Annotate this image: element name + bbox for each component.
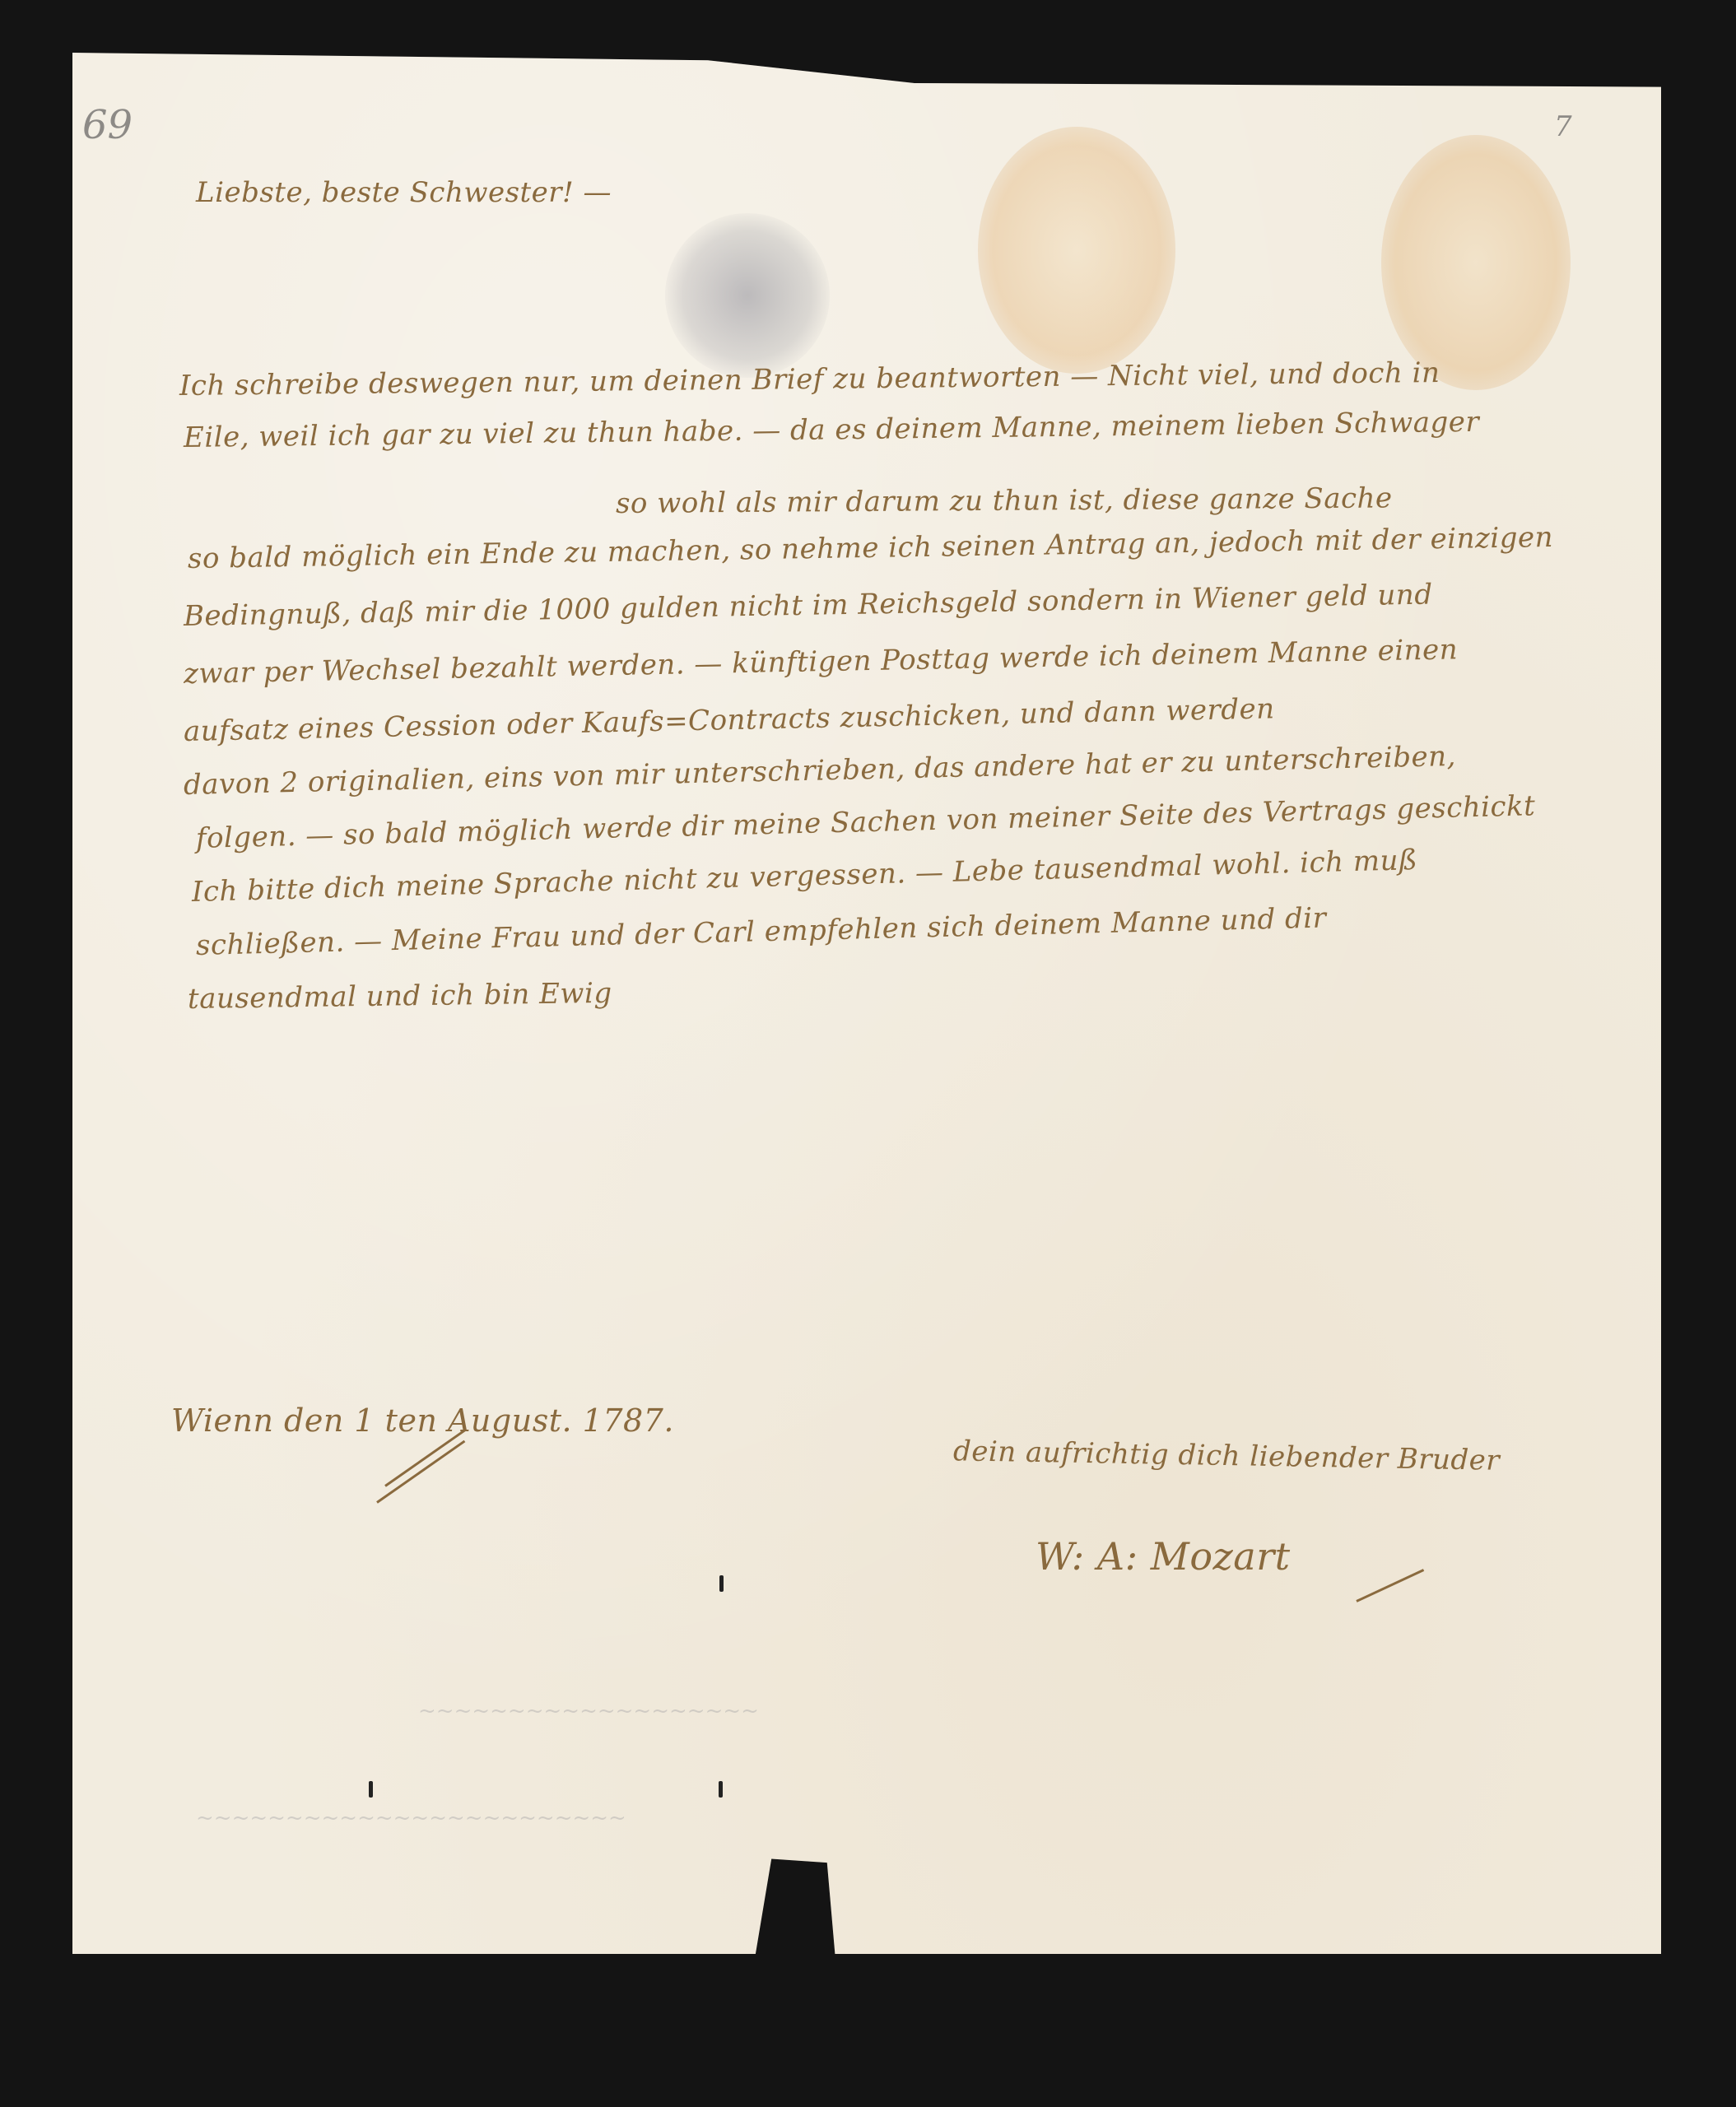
body-line: Eile, weil ich gar zu viel zu thun habe.… <box>184 406 1480 454</box>
date-underline-flourish <box>376 1440 465 1504</box>
signature-flourish <box>1356 1569 1424 1602</box>
closing: dein aufrichtig dich liebender Bruder <box>953 1435 1501 1477</box>
pin-mark <box>369 1781 373 1798</box>
body-line: aufsatz eines Cession oder Kaufs=Contrac… <box>184 692 1275 748</box>
wax-seal-stain-left <box>978 127 1175 374</box>
body-line: Ich bitte dich meine Sprache nicht zu ve… <box>191 844 1417 909</box>
signature: W: A: Mozart <box>1036 1534 1291 1579</box>
show-through-text: ~~~~~~~~~~~~~~~~~~~~~~~~ <box>196 1806 626 1830</box>
body-line: tausendmal und ich bin Ewig <box>188 977 612 1016</box>
folio-number: 69 <box>82 102 133 148</box>
body-line: so bald möglich ein Ende zu machen, so n… <box>188 521 1554 575</box>
body-line: Bedingnuß, daß mir die 1000 gulden nicht… <box>184 579 1433 633</box>
salutation: Liebste, beste Schwester! — <box>196 176 612 209</box>
gray-smudge <box>665 213 830 378</box>
pin-mark <box>719 1781 723 1798</box>
body-line: Ich schreibe deswegen nur, um deinen Bri… <box>179 356 1440 402</box>
body-line: so wohl als mir darum zu thun ist, diese… <box>616 481 1393 520</box>
letter-sheet: 69 7 Liebste, beste Schwester! — Ich sch… <box>72 53 1661 1954</box>
pin-mark <box>719 1575 724 1592</box>
place-date: Wienn den 1 ten August. 1787. <box>171 1402 674 1439</box>
body-line: zwar per Wechsel bezahlt werden. — künft… <box>184 633 1459 691</box>
page-number: 7 <box>1554 110 1572 143</box>
show-through-text: ~~~~~~~~~~~~~~~~~~~ <box>418 1699 759 1723</box>
body-line: davon 2 originalien, eins von mir unters… <box>184 740 1457 802</box>
wax-seal-stain-right <box>1381 135 1571 390</box>
body-line: schließen. — Meine Frau und der Carl emp… <box>196 901 1327 962</box>
